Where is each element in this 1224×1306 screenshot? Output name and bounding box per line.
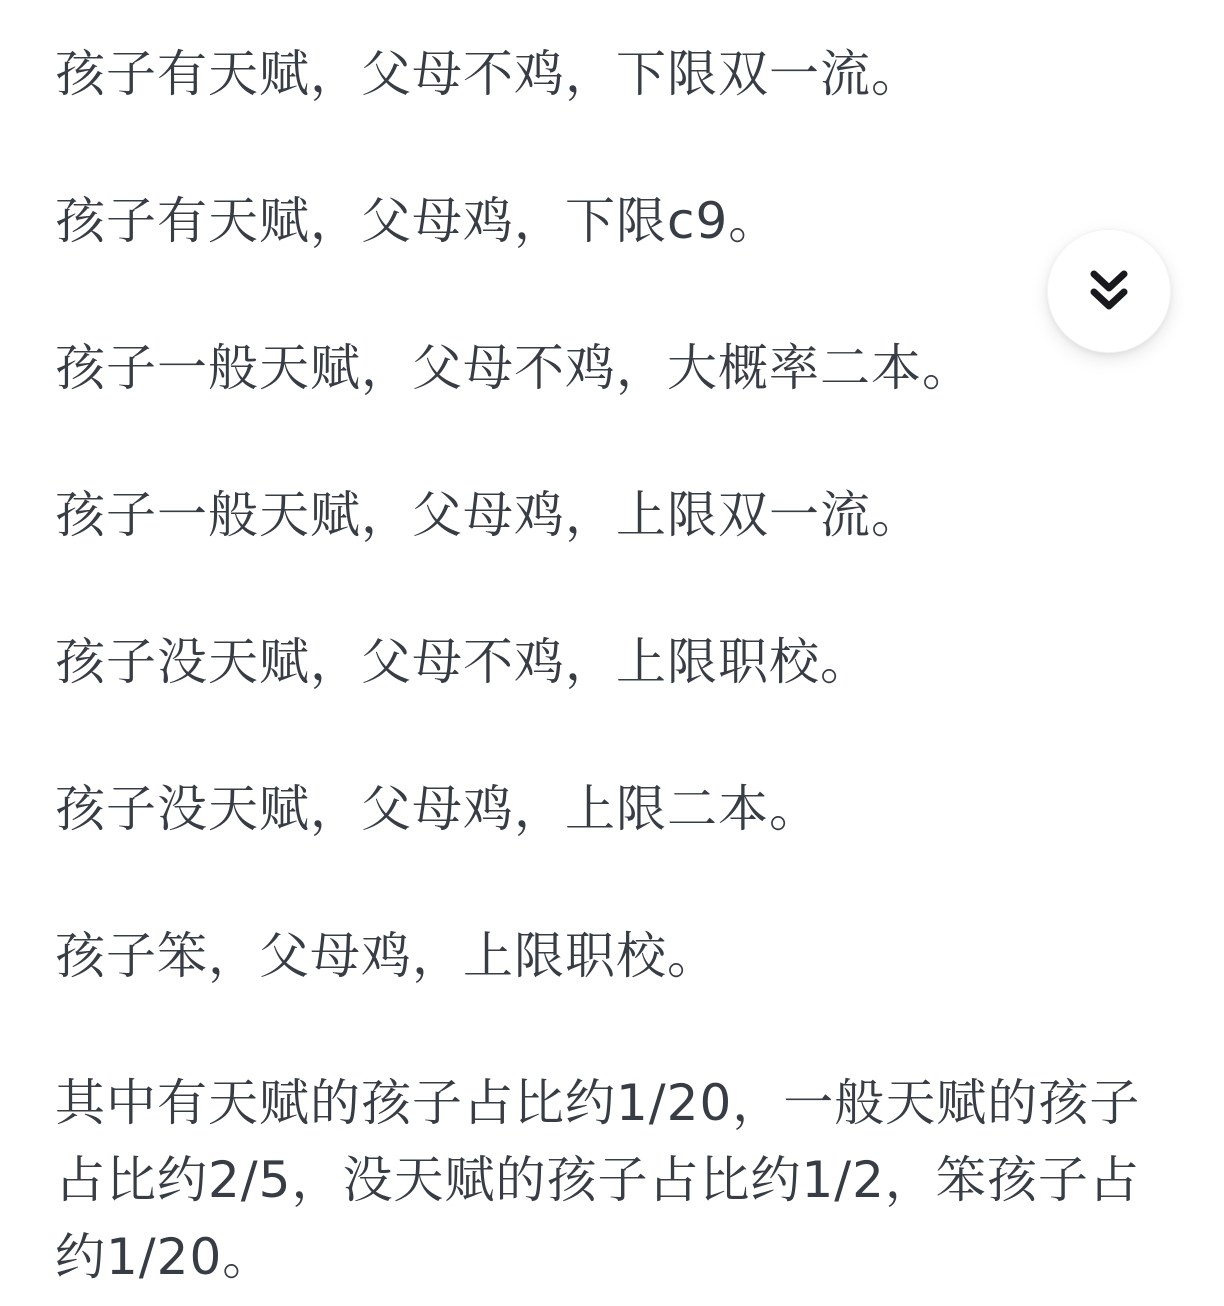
message-paragraph: 孩子没天赋，父母不鸡，上限职校。 (55, 624, 1169, 701)
message-paragraph: 孩子有天赋，父母鸡，下限c9。 (55, 183, 1169, 260)
message-paragraph: 孩子一般天赋，父母鸡，上限双一流。 (55, 477, 1169, 554)
message-paragraph: 其中有天赋的孩子占比约1/20，一般天赋的孩子占比约2/5，没天赋的孩子占比约1… (55, 1065, 1169, 1296)
scroll-to-bottom-button[interactable] (1047, 229, 1171, 353)
message-paragraph: 孩子一般天赋，父母不鸡，大概率二本。 (55, 330, 1169, 407)
message-paragraph: 孩子笨，父母鸡，上限职校。 (55, 918, 1169, 995)
message-paragraph: 孩子有天赋，父母不鸡，下限双一流。 (55, 36, 1169, 113)
chat-transcript: 孩子有天赋，父母不鸡，下限双一流。 孩子有天赋，父母鸡，下限c9。 孩子一般天赋… (0, 0, 1224, 1306)
double-chevron-down-icon (1088, 268, 1130, 314)
message-paragraph: 孩子没天赋，父母鸡，上限二本。 (55, 771, 1169, 848)
